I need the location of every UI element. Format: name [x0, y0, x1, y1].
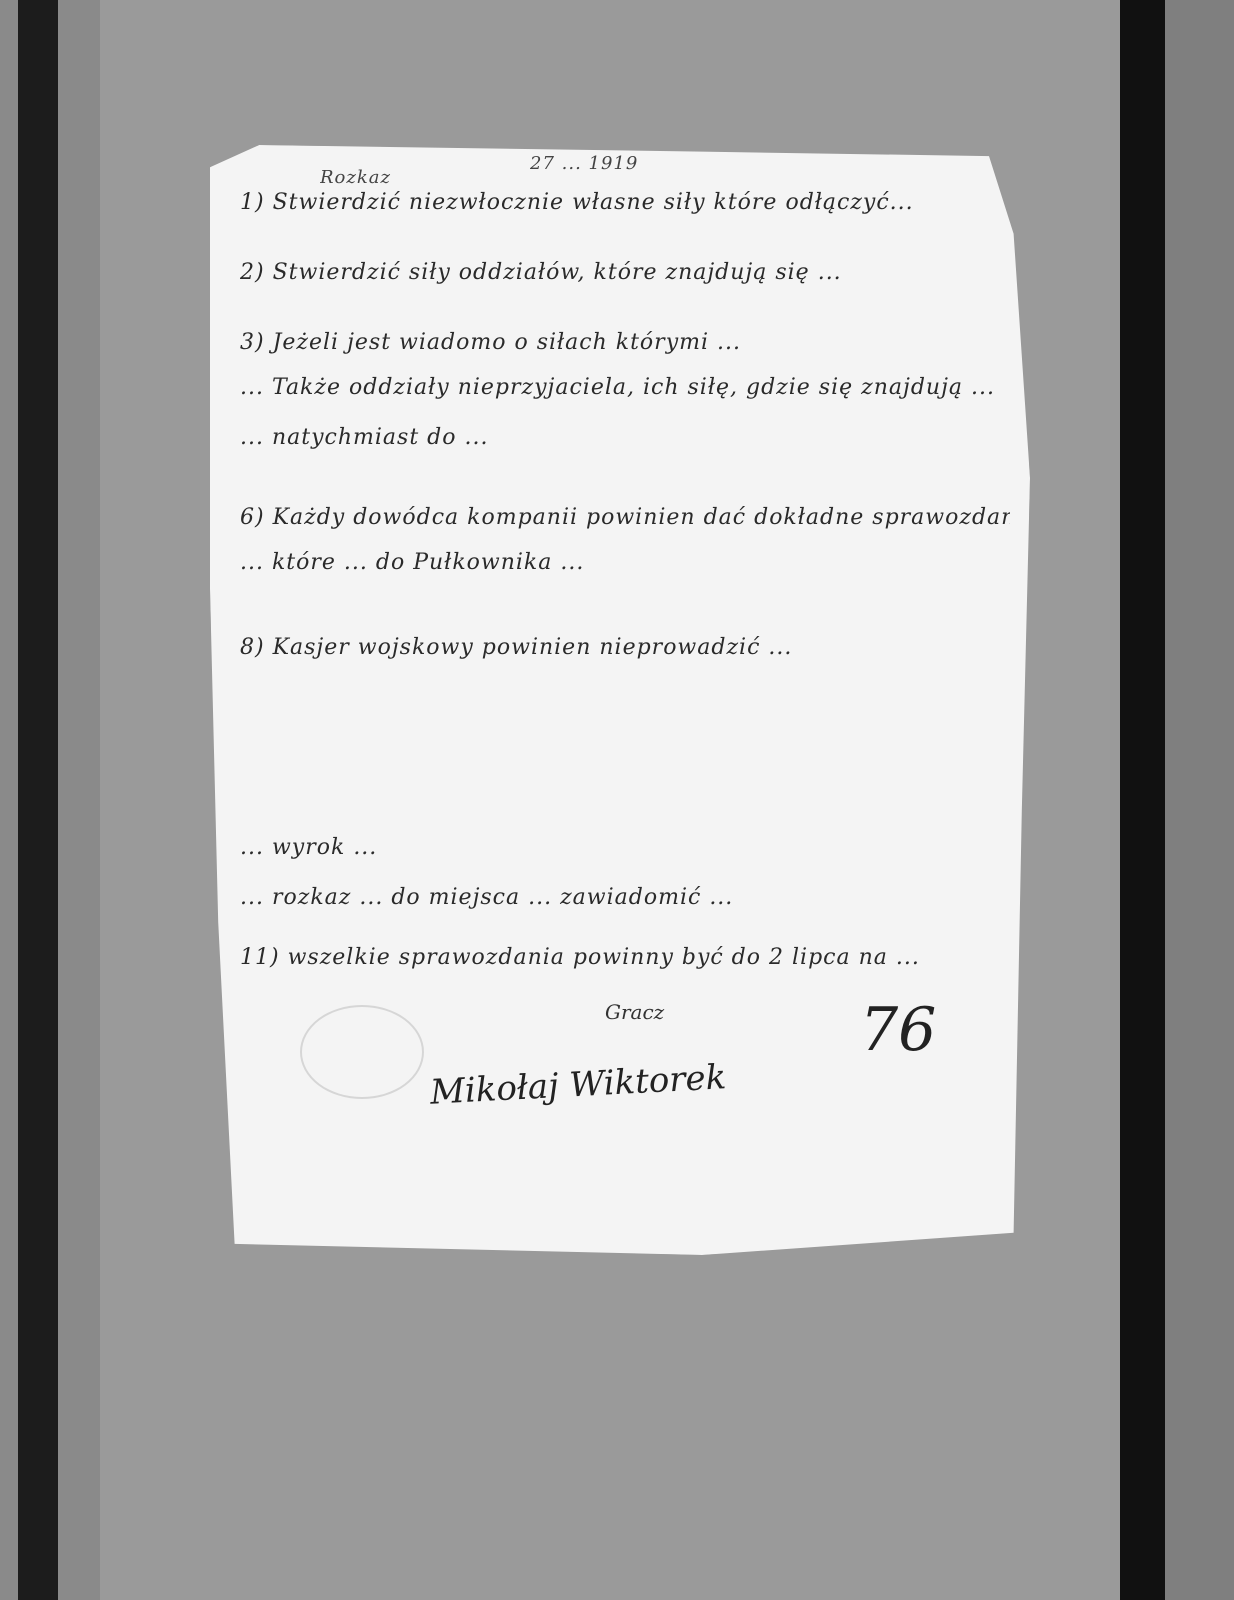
document-line: ... które ... do Pułkownika ... [240, 550, 1010, 575]
ink-stain-mark [300, 1005, 424, 1099]
document-line: ... natychmiast do ... [240, 425, 1010, 450]
document-line: 1) Stwierdzić niezwłocznie własne siły k… [240, 190, 1010, 215]
film-edge-left [18, 0, 58, 1600]
page-number: 76 [860, 995, 936, 1065]
film-edge-right [1120, 0, 1165, 1600]
document-header-label: Rozkaz [320, 167, 1010, 188]
document-line: 2) Stwierdzić siły oddziałów, które znaj… [240, 260, 1010, 285]
handwritten-page: 27 ... 1919 Rozkaz 1) Stwierdzić niezwło… [210, 145, 1030, 1255]
document-line: ... wyrok ... [240, 835, 1010, 860]
document-line: 11) wszelkie sprawozdania powinny być do… [240, 945, 1010, 970]
document-line: ... rozkaz ... do miejsca ... zawiadomić… [240, 885, 1010, 910]
document-line: 8) Kasjer wojskowy powinien nieprowadzić… [240, 635, 1010, 660]
document-line: 6) Każdy dowódca kompanii powinien dać d… [240, 505, 1010, 530]
signature: Mikołaj Wiktorek [429, 1057, 727, 1112]
closing-word: Gracz [605, 1000, 664, 1024]
document-line: ... Także oddziały nieprzyjaciela, ich s… [240, 375, 1010, 400]
document-line: 3) Jeżeli jest wiadomo o siłach którymi … [240, 330, 1010, 355]
